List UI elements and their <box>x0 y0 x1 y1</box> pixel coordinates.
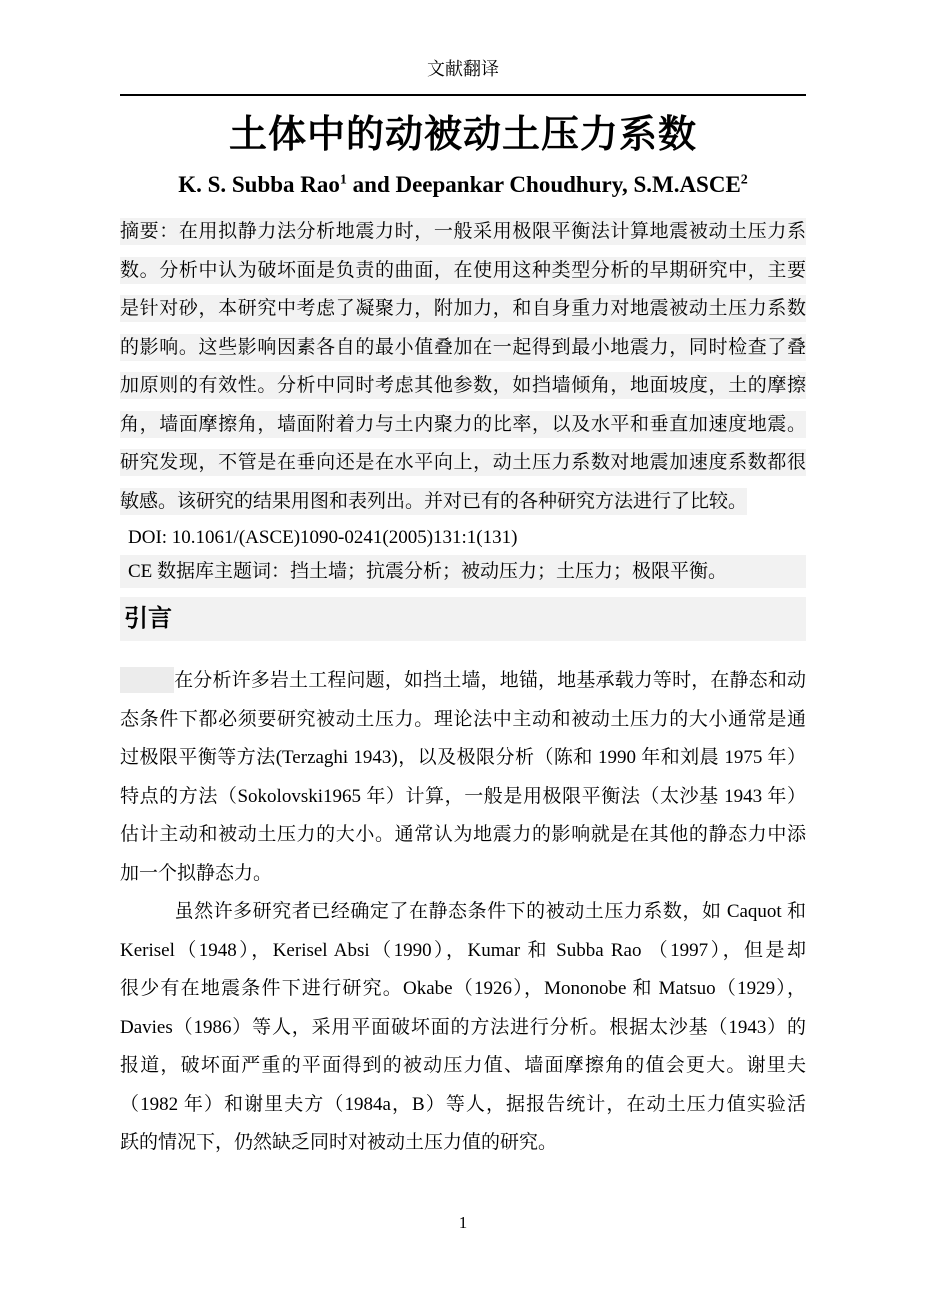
abstract-line: 的影响。这些影响因素各自的最小值叠加在一起得到最小地震力，同时检查了叠 <box>120 329 806 368</box>
body-text-line: 特点的方法（Sokolovski1965 年）计算，一般是用极限平衡法（太沙基 … <box>120 778 806 817</box>
abstract-line: 敏感。该研究的结果用图和表列出。并对已有的各种研究方法进行了比较。 <box>120 483 806 522</box>
body-text: Davies（1986）等人，采用平面破坏面的方法进行分析。根据太沙基（1943… <box>120 1017 806 1038</box>
abstract-line-text: 摘要：在用拟静力法分析地震力时，一般采用极限平衡法计算地震被动土压力系 <box>120 218 806 245</box>
abstract-line: 数。分析中认为破坏面是负责的曲面，在使用这种类型分析的早期研究中，主要 <box>120 252 806 291</box>
body-text-line: 虽然许多研究者已经确定了在静态条件下的被动土压力系数，如 Caquot 和 <box>120 893 806 932</box>
body-text-line: 估计主动和被动土压力的大小。通常认为地震力的影响就是在其他的静态力中添 <box>120 816 806 855</box>
body-text: （1982 年）和谢里夫方（1984a，B）等人，据报告统计，在动土压力值实验活 <box>120 1094 806 1115</box>
doi-line: DOI: 10.1061/(ASCE)1090-0241(2005)131:1(… <box>120 522 806 553</box>
abstract-line: 角，墙面摩擦角，墙面附着力与土内聚力的比率，以及水平和垂直加速度地震。 <box>120 406 806 445</box>
page-number: 1 <box>0 1213 926 1232</box>
body-text: 估计主动和被动土压力的大小。通常认为地震力的影响就是在其他的静态力中添 <box>120 824 806 845</box>
body-text: 跃的情况下，仍然缺乏同时对被动土压力值的研究。 <box>120 1132 557 1153</box>
body-text-line: 在分析许多岩土工程问题，如挡土墙，地锚，地基承载力等时，在静态和动 <box>120 662 806 701</box>
body-text: 特点的方法（Sokolovski1965 年）计算，一般是用极限平衡法（太沙基 … <box>120 786 806 807</box>
body-text-line: Davies（1986）等人，采用平面破坏面的方法进行分析。根据太沙基（1943… <box>120 1009 806 1048</box>
body-text-line: 态条件下都必须要研究被动土压力。理论法中主动和被动土压力的大小通常是通 <box>120 701 806 740</box>
body-text: Kerisel（1948），Kerisel Absi（1990），Kumar 和… <box>120 940 806 961</box>
body-text: 态条件下都必须要研究被动土压力。理论法中主动和被动土压力的大小通常是通 <box>120 709 806 730</box>
author-name-2: and Deepankar Choudhury, S.M.ASCE <box>347 172 741 197</box>
abstract-paragraph: 摘要：在用拟静力法分析地震力时，一般采用极限平衡法计算地震被动土压力系 数。分析… <box>120 213 806 521</box>
author-name-1: K. S. Subba Rao <box>178 172 340 197</box>
abstract-line-text: 角，墙面摩擦角，墙面附着力与土内聚力的比率，以及水平和垂直加速度地震。 <box>120 411 806 438</box>
body-text: 加一个拟静态力。 <box>120 863 272 884</box>
abstract-line: 摘要：在用拟静力法分析地震力时，一般采用极限平衡法计算地震被动土压力系 <box>120 213 806 252</box>
paper-title: 土体中的动被动土压力系数 <box>120 111 806 159</box>
keywords-line: CE 数据库主题词：挡土墙；抗震分析；被动压力；土压力；极限平衡。 <box>120 555 806 588</box>
abstract-line-text: 的影响。这些影响因素各自的最小值叠加在一起得到最小地震力，同时检查了叠 <box>120 334 806 361</box>
running-header-text: 文献翻译 <box>427 59 499 79</box>
body-text-line: 跃的情况下，仍然缺乏同时对被动土压力值的研究。 <box>120 1124 806 1163</box>
author-2-footnote-ref: 2 <box>741 172 748 187</box>
abstract-line-text: 数。分析中认为破坏面是负责的曲面，在使用这种类型分析的早期研究中，主要 <box>120 257 806 284</box>
body-text-line: 很少有在地震条件下进行研究。Okabe（1926），Mononobe 和 Mat… <box>120 970 806 1009</box>
abstract-line: 研究发现，不管是在垂向还是在水平向上，动土压力系数对地震加速度系数都很 <box>120 444 806 483</box>
keywords-text: CE 数据库主题词：挡土墙；抗震分析；被动压力；土压力；极限平衡。 <box>128 561 727 582</box>
intro-paragraph-2: 虽然许多研究者已经确定了在静态条件下的被动土压力系数，如 Caquot 和 Ke… <box>120 893 806 1163</box>
body-text-line: （1982 年）和谢里夫方（1984a，B）等人，据报告统计，在动土压力值实验活 <box>120 1086 806 1125</box>
author-1-footnote-ref: 1 <box>340 172 347 187</box>
intro-paragraph-1: 在分析许多岩土工程问题，如挡土墙，地锚，地基承载力等时，在静态和动 态条件下都必… <box>120 662 806 893</box>
abstract-line-text: 敏感。该研究的结果用图和表列出。并对已有的各种研究方法进行了比较。 <box>120 488 747 515</box>
abstract-line-text: 加原则的有效性。分析中同时考虑其他参数，如挡墙倾角，地面坡度，土的摩擦 <box>120 372 806 399</box>
body-text-line: 加一个拟静态力。 <box>120 855 806 894</box>
running-header: 文献翻译 <box>120 0 806 96</box>
body-text: 报道，破坏面严重的平面得到的被动压力值、墙面摩擦角的值会更大。谢里夫 <box>120 1055 806 1076</box>
abstract-line: 是针对砂，本研究中考虑了凝聚力，附加力，和自身重力对地震被动土压力系数 <box>120 290 806 329</box>
doi-text: DOI: 10.1061/(ASCE)1090-0241(2005)131:1(… <box>128 527 517 548</box>
body-text-line: Kerisel（1948），Kerisel Absi（1990），Kumar 和… <box>120 932 806 971</box>
body-text: 过极限平衡等方法(Terzaghi 1943)，以及极限分析（陈和 1990 年… <box>120 747 806 768</box>
section-heading-text: 引言 <box>124 606 172 632</box>
abstract-line: 加原则的有效性。分析中同时考虑其他参数，如挡墙倾角，地面坡度，土的摩擦 <box>120 367 806 406</box>
body-text: 很少有在地震条件下进行研究。Okabe（1926），Mononobe 和 Mat… <box>120 978 806 999</box>
body-text: 虽然许多研究者已经确定了在静态条件下的被动土压力系数，如 Caquot 和 <box>174 901 806 922</box>
body-text-line: 过极限平衡等方法(Terzaghi 1943)，以及极限分析（陈和 1990 年… <box>120 739 806 778</box>
abstract-line-text: 研究发现，不管是在垂向还是在水平向上，动土压力系数对地震加速度系数都很 <box>120 449 806 476</box>
body-text: 在分析许多岩土工程问题，如挡土墙，地锚，地基承载力等时，在静态和动 <box>174 670 806 691</box>
section-heading-introduction: 引言 <box>120 597 806 641</box>
abstract-line-text: 是针对砂，本研究中考虑了凝聚力，附加力，和自身重力对地震被动土压力系数 <box>120 295 806 322</box>
authors-line: K. S. Subba Rao1 and Deepankar Choudhury… <box>120 170 806 200</box>
body-text-line: 报道，破坏面严重的平面得到的被动压力值、墙面摩擦角的值会更大。谢里夫 <box>120 1047 806 1086</box>
document-page: 文献翻译 土体中的动被动土压力系数 K. S. Subba Rao1 and D… <box>0 0 926 1309</box>
